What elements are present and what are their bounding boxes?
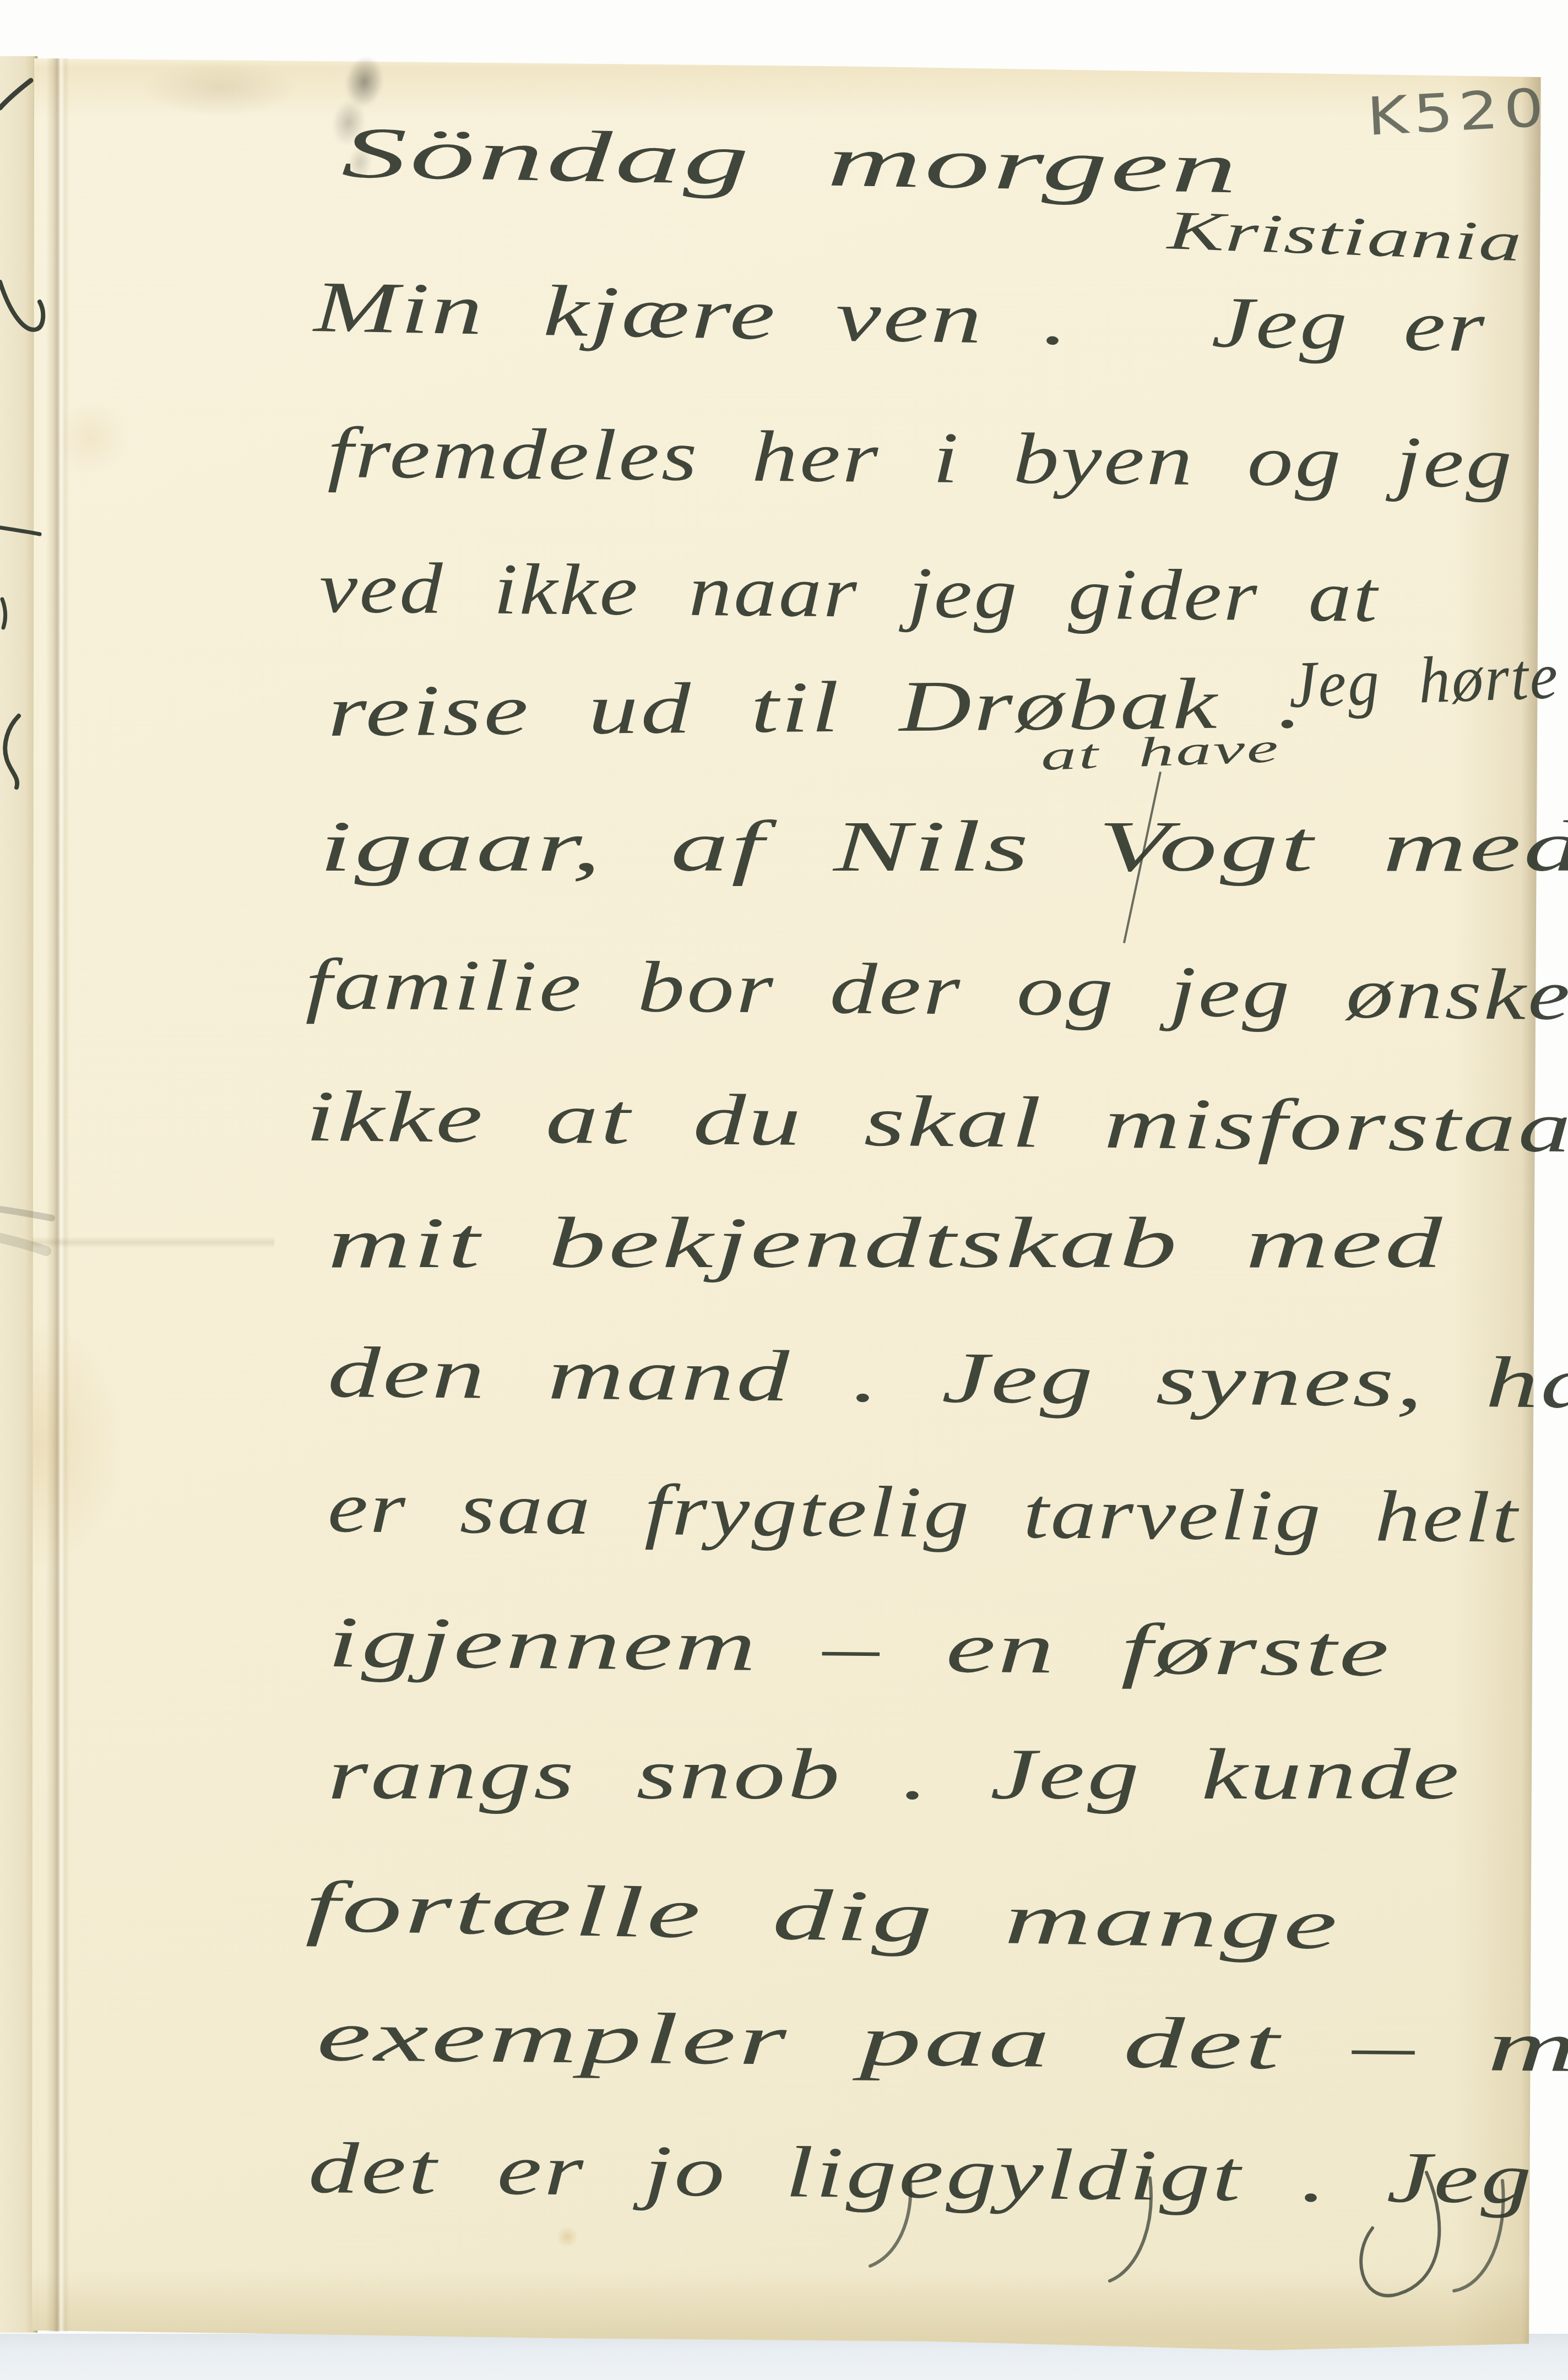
handwritten-line: Jeg hørte xyxy=(1288,638,1561,723)
vertical-fold-crease xyxy=(46,58,69,2332)
handwritten-line: familie bor der og jeg ønsker xyxy=(305,942,1568,1037)
handwritten-line: ikke at du skal misforstaa xyxy=(305,1074,1568,1169)
salutation: Min kjære ven . xyxy=(313,264,1071,362)
handwritten-line: ved ikke naar jeg gider at xyxy=(319,545,1379,639)
handwritten-line: er saa frygtelig tarvelig helt xyxy=(327,1465,1520,1560)
folded-second-leaf-edge xyxy=(0,56,37,2333)
archive-number: K520 xyxy=(1365,78,1550,148)
handwritten-line: fortælle dig mange xyxy=(305,1864,1341,1966)
handwritten-line: igjennem – en første xyxy=(327,1600,1392,1693)
handwritten-line: den mand . Jeg synes, han xyxy=(327,1330,1568,1426)
dateline: Söndag morgen xyxy=(341,110,1241,210)
handwritten-line: rangs snob . Jeg kunde xyxy=(328,1732,1461,1816)
handwritten-line: exempler paa det – men xyxy=(316,1993,1568,2090)
handwritten-line: igaar, af Nils Vogt med xyxy=(319,804,1568,888)
horizontal-fold-crease xyxy=(32,1237,274,1248)
handwritten-line: mit bekjendtskab med xyxy=(328,1200,1445,1285)
handwritten-line: det er jo ligegyldigt . Jeg xyxy=(308,2126,1534,2220)
scanned-letter-page: K520 Söndag morgen Kristiania Min kjære … xyxy=(0,0,1568,2380)
handwritten-line: Jeg er xyxy=(1211,280,1488,369)
handwritten-line: fremdeles her i byen og jeg xyxy=(327,410,1514,505)
place-name: Kristiania xyxy=(1166,198,1523,274)
